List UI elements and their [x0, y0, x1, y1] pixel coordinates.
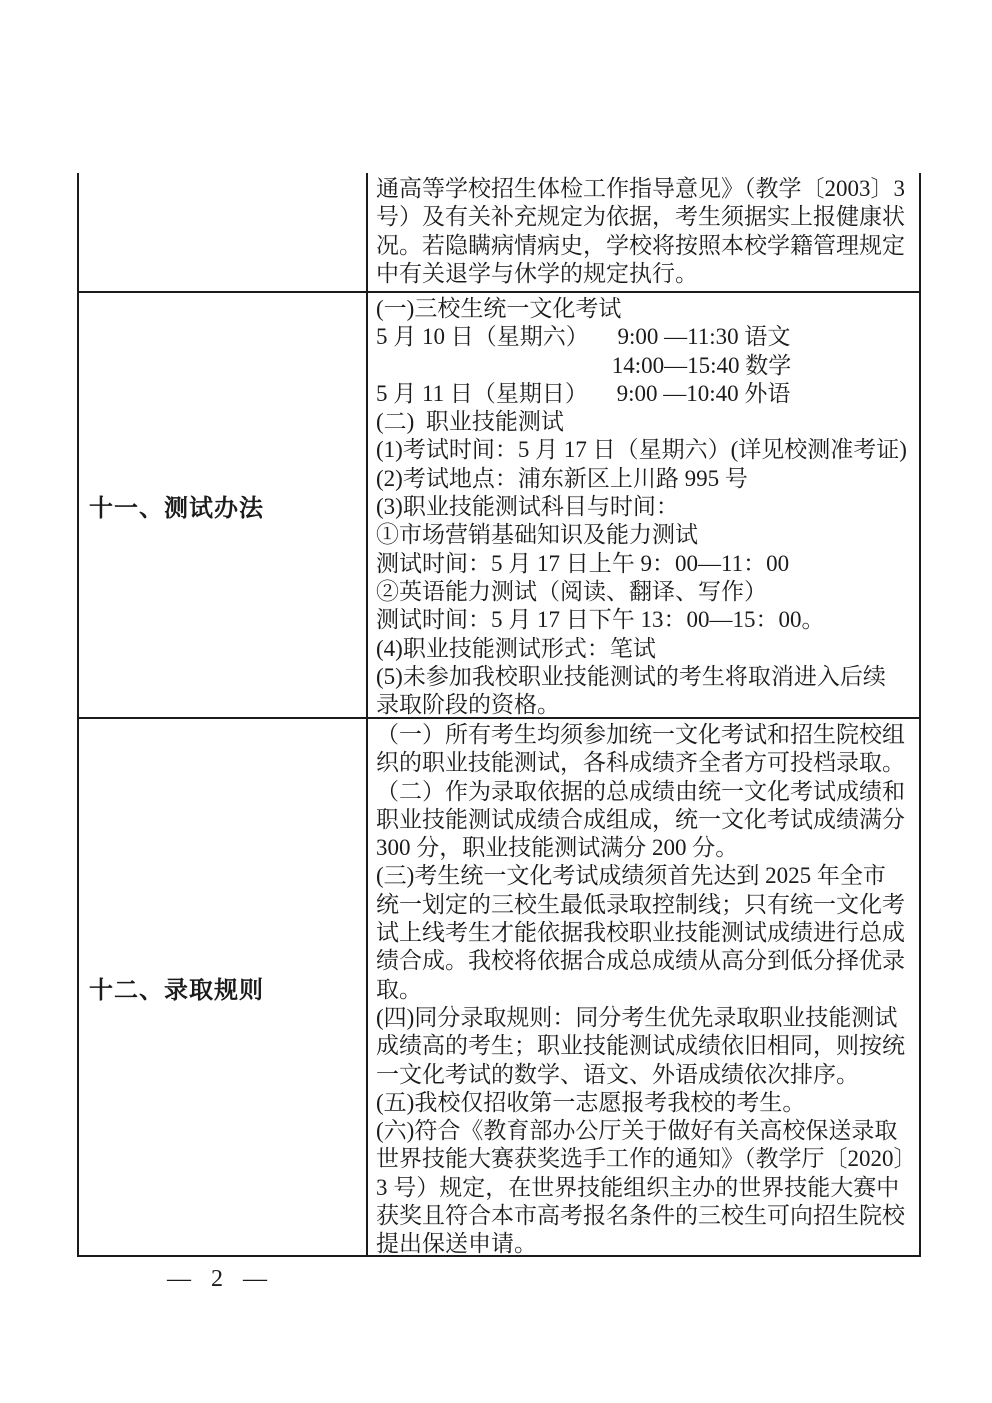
text-line: 录取阶段的资格。: [376, 691, 917, 717]
table-row-health-continuation: 通高等学校招生体检工作指导意见》（教学〔2003〕3号）及有关补充规定为依据，考…: [79, 173, 919, 291]
text-line: （二）作为录取依据的总成绩由统一文化考试成绩和: [376, 778, 917, 806]
text-line: 职业技能测试成绩合成组成，统一文化考试成绩满分: [376, 806, 917, 834]
text-line: 测试时间：5 月 17 日下午 13：00—15：00。: [376, 606, 917, 634]
text-line: 300 分，职业技能测试满分 200 分。: [376, 834, 917, 862]
text-line: 试上线考生才能依据我校职业技能测试成绩进行总成: [376, 919, 917, 947]
page-number: — 2 —: [137, 1266, 297, 1293]
text-line: 通高等学校招生体检工作指导意见》（教学〔2003〕3: [376, 175, 917, 203]
admissions-info-table: 通高等学校招生体检工作指导意见》（教学〔2003〕3号）及有关补充规定为依据，考…: [77, 173, 921, 1257]
text-line: （一）所有考生均须参加统一文化考试和招生院校组: [376, 721, 917, 749]
text-line: 况。若隐瞒病情病史，学校将按照本校学籍管理规定: [376, 232, 917, 260]
text-line: (二) 职业技能测试: [376, 408, 917, 436]
text-line: ①市场营销基础知识及能力测试: [376, 521, 917, 549]
text-line: 获奖且符合本市高考报名条件的三校生可向招生院校: [376, 1202, 917, 1230]
text-line: (四)同分录取规则：同分考生优先录取职业技能测试: [376, 1004, 917, 1032]
text-line: 统一划定的三校生最低录取控制线；只有统一文化考: [376, 891, 917, 919]
row-content-cell: 通高等学校招生体检工作指导意见》（教学〔2003〕3号）及有关补充规定为依据，考…: [366, 173, 919, 291]
text-line: 14:00—15:40 数学: [376, 352, 917, 380]
text-line: 取。: [376, 976, 917, 1004]
text-line: 绩合成。我校将依据合成总成绩从高分到低分择优录: [376, 947, 917, 975]
text-line: (2)考试地点：浦东新区上川路 995 号: [376, 465, 917, 493]
row-header-label: 十一、测试办法: [89, 488, 264, 523]
text-line: (3)职业技能测试科目与时间：: [376, 493, 917, 521]
text-line: (5)未参加我校职业技能测试的考生将取消进入后续: [376, 663, 917, 691]
text-line: (六)符合《教育部办公厅关于做好有关高校保送录取: [376, 1117, 917, 1145]
row-header-label: 十二、录取规则: [89, 970, 264, 1005]
row-content-cell: (一)三校生统一文化考试5 月 10 日（星期六） 9:00 —11:30 语文…: [366, 293, 919, 717]
text-line: 测试时间：5 月 17 日上午 9：00—11：00: [376, 550, 917, 578]
text-line: (4)职业技能测试形式：笔试: [376, 635, 917, 663]
text-line: ②英语能力测试（阅读、翻译、写作）: [376, 578, 917, 606]
text-line: 世界技能大赛获奖选手工作的通知》（教学厅〔2020〕: [376, 1145, 917, 1173]
text-line: (三)考生统一文化考试成绩须首先达到 2025 年全市: [376, 862, 917, 890]
text-line: (五)我校仅招收第一志愿报考我校的考生。: [376, 1089, 917, 1117]
text-line: 号）及有关补充规定为依据，考生须据实上报健康状: [376, 203, 917, 231]
table-row-admission-rules: 十二、录取规则 （一）所有考生均须参加统一文化考试和招生院校组织的职业技能测试，…: [79, 717, 919, 1255]
text-line: 5 月 11 日（星期日） 9:00 —10:40 外语: [376, 380, 917, 408]
text-line: 3 号）规定，在世界技能组织主办的世界技能大赛中: [376, 1174, 917, 1202]
text-line: 5 月 10 日（星期六） 9:00 —11:30 语文: [376, 323, 917, 351]
text-line: 成绩高的考生；职业技能测试成绩依旧相同，则按统: [376, 1032, 917, 1060]
text-line: (一)三校生统一文化考试: [376, 295, 917, 323]
table-row-test-method: 十一、测试办法 (一)三校生统一文化考试5 月 10 日（星期六） 9:00 —…: [79, 291, 919, 717]
text-line: 一文化考试的数学、语文、外语成绩依次排序。: [376, 1061, 917, 1089]
text-line: 织的职业技能测试，各科成绩齐全者方可投档录取。: [376, 749, 917, 777]
row-header-cell: 十二、录取规则: [79, 719, 366, 1255]
row-header-cell: 十一、测试办法: [79, 293, 366, 717]
text-line: (1)考试时间：5 月 17 日（星期六）(详见校测准考证): [376, 436, 917, 464]
row-content-cell: （一）所有考生均须参加统一文化考试和招生院校组织的职业技能测试，各科成绩齐全者方…: [366, 719, 919, 1255]
text-line: 提出保送申请。: [376, 1230, 917, 1255]
text-line: 中有关退学与休学的规定执行。: [376, 260, 917, 288]
row-header-cell-empty: [79, 173, 366, 291]
